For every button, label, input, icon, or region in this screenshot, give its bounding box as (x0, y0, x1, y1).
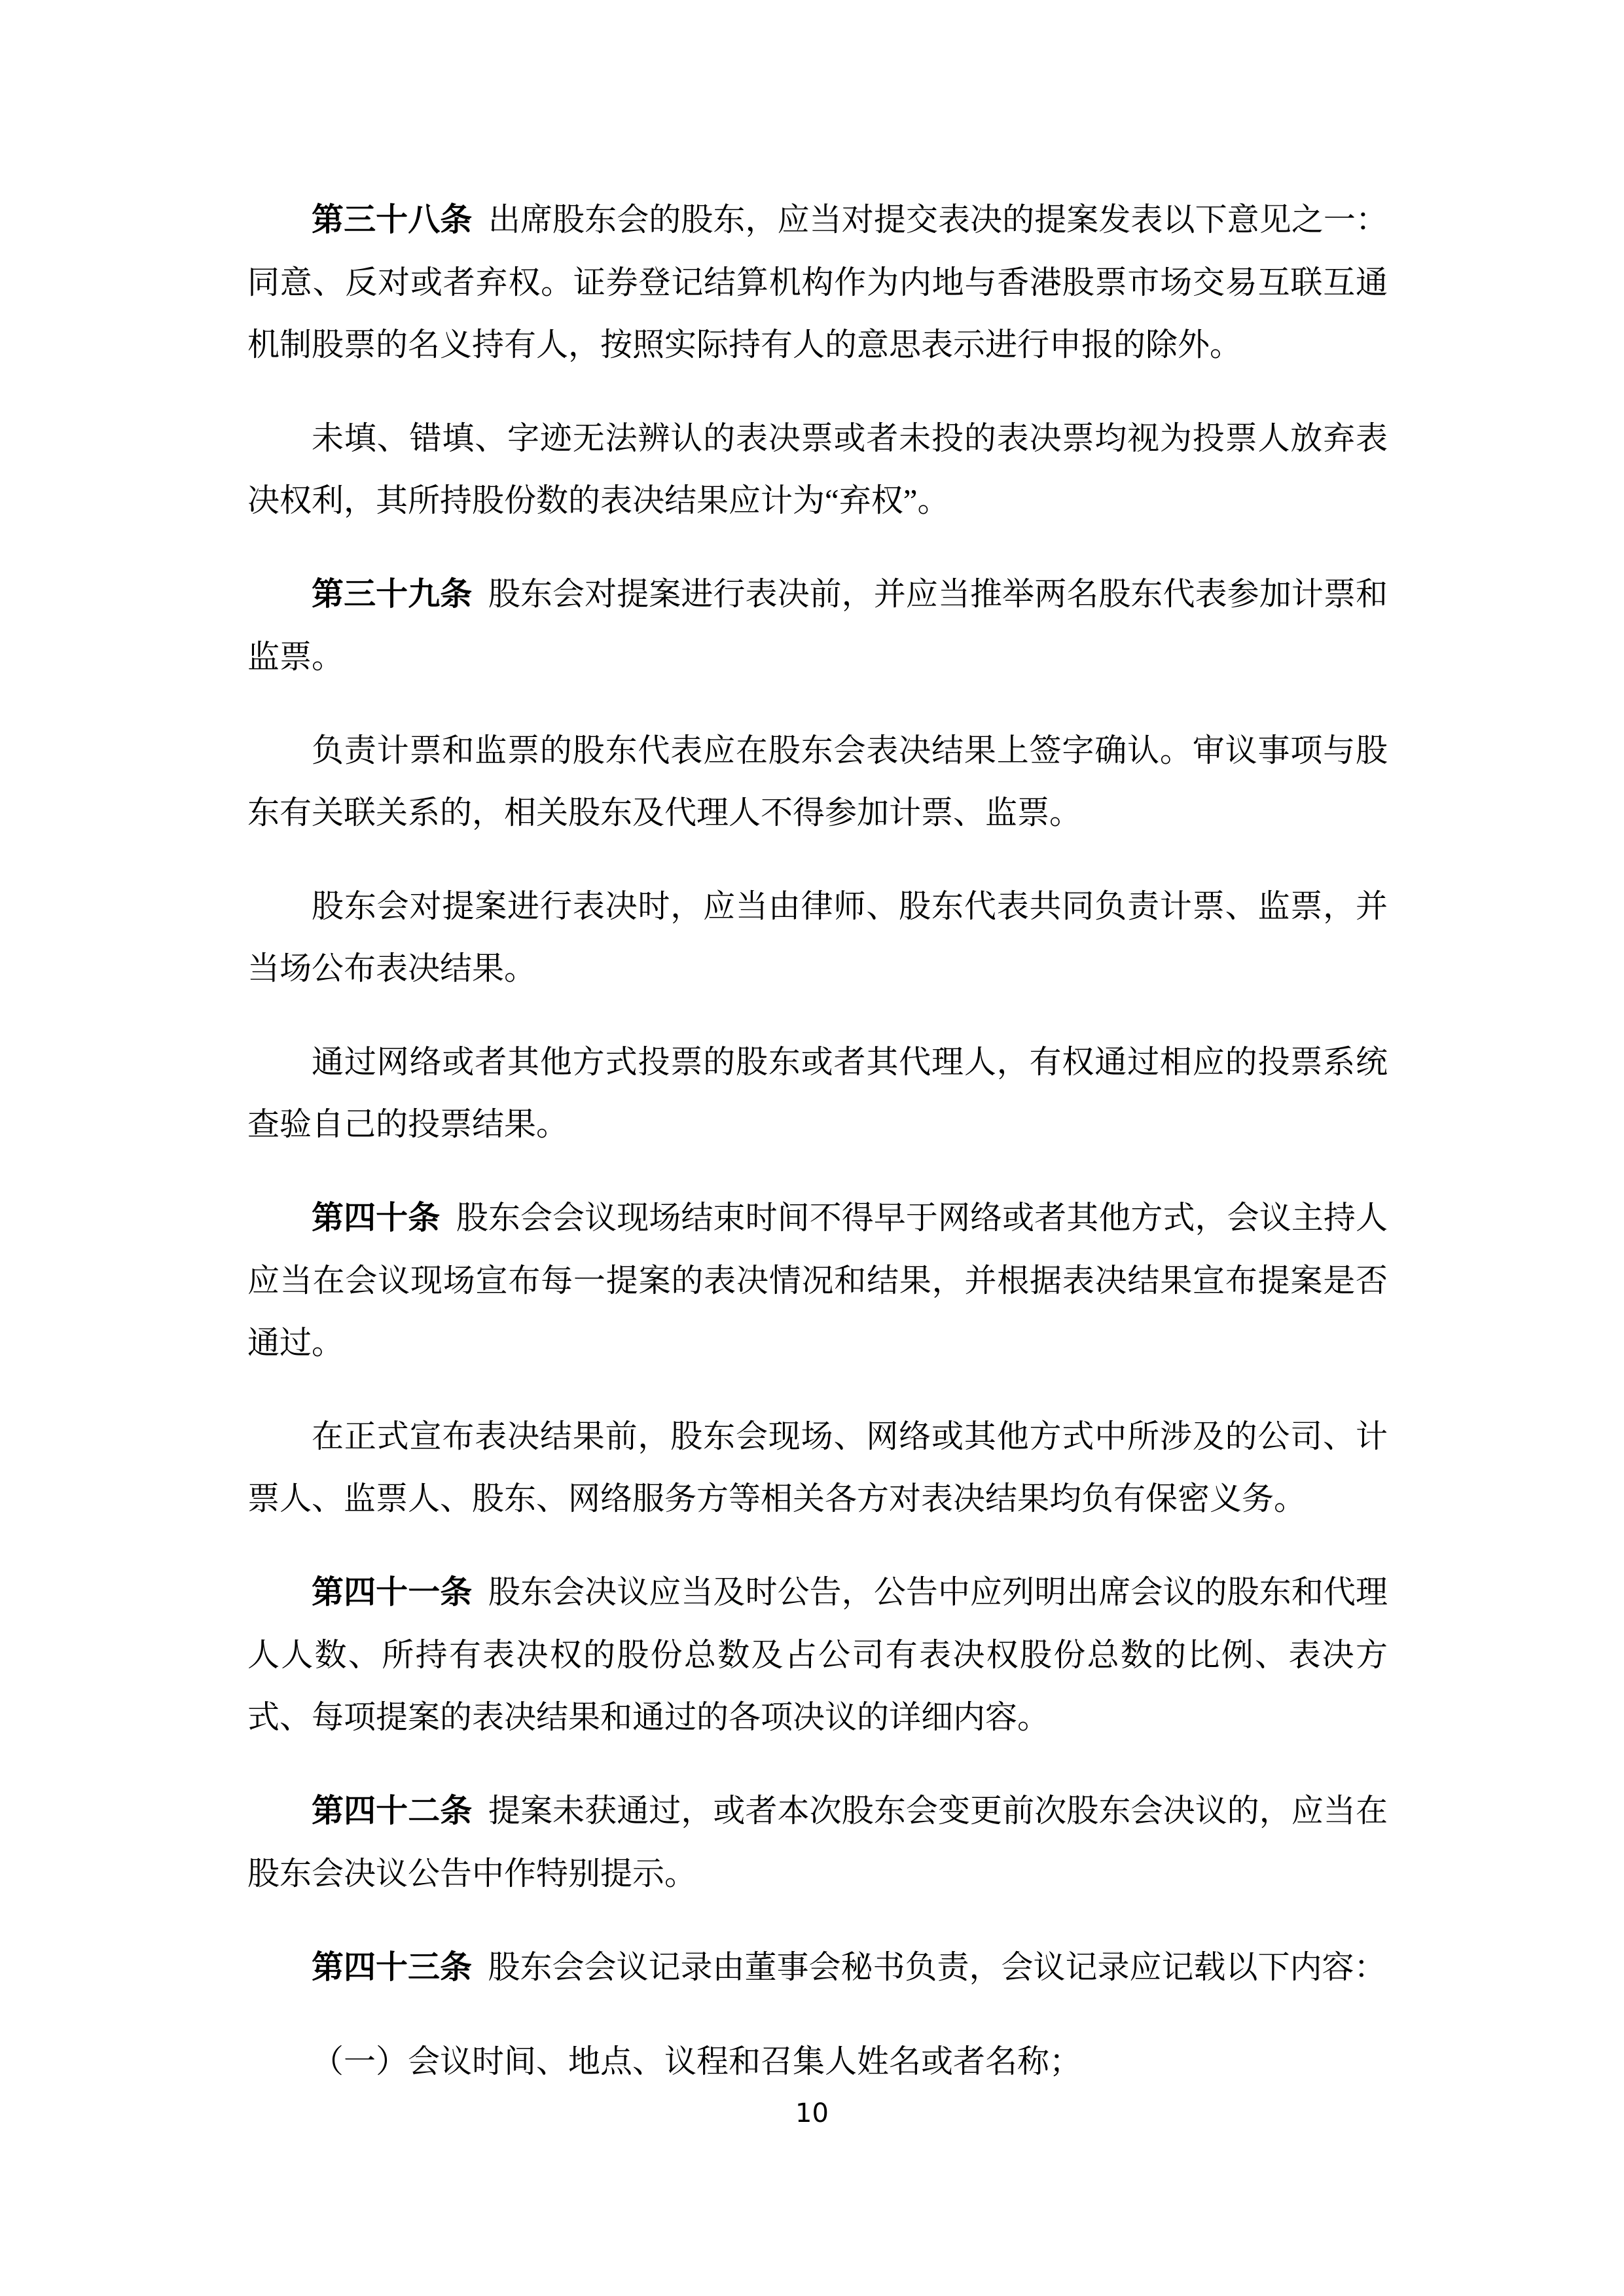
paragraph-vote-counting-signoff: 负责计票和监票的股东代表应在股东会表决结果上签字确认。审议事项与股东有关联关系的… (247, 719, 1388, 844)
paragraph-text: 未填、错填、字迹无法辨认的表决票或者未投的表决票均视为投票人放弃表决权利，其所持… (247, 420, 1388, 518)
article-42-number: 第四十二条 (312, 1793, 472, 1829)
paragraph-text: 股东会会议记录由董事会秘书负责，会议记录应记载以下内容： (488, 1949, 1386, 1985)
paragraph-online-voting-check: 通过网络或者其他方式投票的股东或者其代理人，有权通过相应的投票系统查验自己的投票… (247, 1031, 1388, 1155)
document-page: 第三十八条出席股东会的股东，应当对提交表决的提案发表以下意见之一：同意、反对或者… (0, 0, 1624, 2296)
paragraph-text: 在正式宣布表决结果前，股东会现场、网络或其他方式中所涉及的公司、计票人、监票人、… (247, 1418, 1388, 1516)
article-39-number: 第三十九条 (312, 577, 472, 612)
paragraph-list-item-1: （一）会议时间、地点、议程和召集人姓名或者名称； (247, 2030, 1388, 2092)
paragraph-text: 股东会对提案进行表决时，应当由律师、股东代表共同负责计票、监票，并当场公布表决结… (247, 888, 1388, 986)
paragraph-text: 通过网络或者其他方式投票的股东或者其代理人，有权通过相应的投票系统查验自己的投票… (247, 1044, 1388, 1142)
article-38-number: 第三十八条 (312, 202, 472, 238)
page-number: 10 (0, 2098, 1624, 2129)
document-body: 第三十八条出席股东会的股东，应当对提交表决的提案发表以下意见之一：同意、反对或者… (247, 188, 1388, 2124)
article-42-paragraph: 第四十二条提案未获通过，或者本次股东会变更前次股东会决议的，应当在股东会决议公告… (247, 1780, 1388, 1905)
article-41-number: 第四十一条 (312, 1575, 472, 1610)
paragraph-confidentiality: 在正式宣布表决结果前，股东会现场、网络或其他方式中所涉及的公司、计票人、监票人、… (247, 1405, 1388, 1530)
paragraph-invalid-ballots: 未填、错填、字迹无法辨认的表决票或者未投的表决票均视为投票人放弃表决权利，其所持… (247, 407, 1388, 531)
article-43-number: 第四十三条 (312, 1950, 472, 1985)
article-39-paragraph: 第三十九条股东会对提案进行表决前，并应当推举两名股东代表参加计票和监票。 (247, 563, 1388, 688)
article-41-paragraph: 第四十一条股东会决议应当及时公告，公告中应列明出席会议的股东和代理人人数、所持有… (247, 1561, 1388, 1748)
article-38-paragraph: 第三十八条出席股东会的股东，应当对提交表决的提案发表以下意见之一：同意、反对或者… (247, 188, 1388, 376)
paragraph-text: 负责计票和监票的股东代表应在股东会表决结果上签字确认。审议事项与股东有关联关系的… (247, 732, 1388, 831)
article-40-number: 第四十条 (312, 1200, 440, 1236)
paragraph-vote-counting-lawyer: 股东会对提案进行表决时，应当由律师、股东代表共同负责计票、监票，并当场公布表决结… (247, 875, 1388, 999)
article-43-paragraph: 第四十三条股东会会议记录由董事会秘书负责，会议记录应记载以下内容： (247, 1936, 1388, 1999)
article-40-paragraph: 第四十条股东会会议现场结束时间不得早于网络或者其他方式，会议主持人应当在会议现场… (247, 1187, 1388, 1374)
paragraph-text: （一）会议时间、地点、议程和召集人姓名或者名称； (312, 2043, 1081, 2079)
